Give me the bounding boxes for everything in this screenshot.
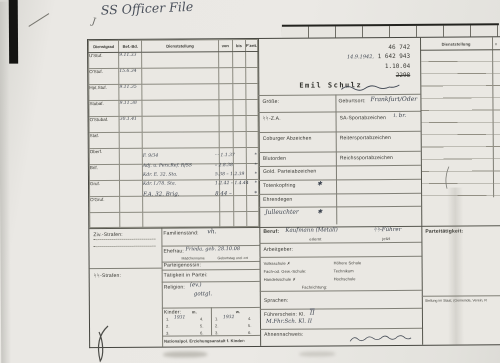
parteigenossin-label: Parteigenossin: bbox=[164, 262, 202, 268]
rule bbox=[259, 206, 421, 208]
pencil-corner-mark: J bbox=[91, 17, 96, 27]
kinder-slot: 1. bbox=[215, 316, 219, 321]
personnel-form: Dienstgrad Bef.-Bd. Dienststellung von b… bbox=[87, 36, 500, 348]
promotion-date: 30.1.41 bbox=[119, 116, 142, 132]
col-bef-bd: Bef.-Bd. bbox=[119, 40, 142, 52]
right-column-header: Dienststellung bbox=[420, 41, 492, 47]
scan-content: SS Officer File J Dienstgrad Bef.-Bd. Di… bbox=[0, 0, 500, 363]
ink-smudge bbox=[299, 351, 335, 356]
rule bbox=[259, 165, 421, 167]
rank-label: Hpt.Stuf. bbox=[89, 84, 119, 100]
rule bbox=[259, 193, 421, 195]
rule bbox=[259, 131, 421, 133]
sa-sport-value: i. br. bbox=[394, 113, 407, 119]
kinder-m-label: m. bbox=[192, 309, 197, 314]
erlernt-label: erlernt bbox=[309, 237, 321, 242]
scanned-document-page: SS Officer File J Dienstgrad Bef.-Bd. Di… bbox=[0, 0, 500, 363]
promotion-date: 9.11.33 bbox=[119, 52, 142, 68]
career-entry: F. 9/34··· 1.1.37* bbox=[143, 153, 257, 159]
career-entry: Kdr. I./78. Sta.1.2.42 – 1.4.44* bbox=[143, 181, 257, 187]
kinder-slot: 6. bbox=[200, 330, 204, 335]
arbeitgeber-label: Arbeitgeber: bbox=[263, 247, 293, 253]
familienstand-label: Familienstand: bbox=[163, 230, 198, 236]
rank-label: O'Stubaf. bbox=[89, 116, 119, 132]
geburtsort-value: Frankfurt/Oder bbox=[370, 96, 417, 103]
technikum-label: Technikum bbox=[334, 268, 354, 273]
rank-label: Staf. bbox=[89, 132, 119, 148]
badge-label-totenkopfring: Totenkopfring bbox=[263, 183, 296, 189]
hochschule-label: Hochschule bbox=[334, 276, 356, 281]
rule bbox=[259, 242, 421, 244]
sprachen-label: Sprachen: bbox=[264, 298, 289, 304]
badge-label-coburger: Coburger Abzeichen bbox=[263, 136, 312, 142]
jetzt-label: jetzt bbox=[382, 236, 390, 241]
rule bbox=[90, 268, 162, 270]
fuehrerschein-value: II bbox=[310, 310, 315, 317]
ss-strafen-label: ᛋᛋ-Strafen: bbox=[94, 273, 121, 279]
handelsschule-label: Handelsschule ✗ bbox=[264, 277, 296, 282]
col-dienstgrad: Dienstgrad bbox=[89, 40, 119, 52]
ahnennachweis-label: Ahnennachweis: bbox=[264, 332, 304, 338]
volksschule-label: Volksschule ✗ bbox=[264, 261, 291, 266]
promotion-date: 15.6.34 bbox=[119, 68, 142, 84]
rule bbox=[259, 179, 421, 181]
jetzt-value: ᛋᛋ-Führer bbox=[373, 227, 401, 233]
badge-label-gold-partei: Gold. Parteiabzeichen bbox=[263, 169, 316, 175]
kinder-slot: 4. bbox=[248, 316, 252, 321]
col-dienststellung: Dienststellung bbox=[142, 40, 219, 53]
rank-table: Dienstgrad Bef.-Bd. Dienststellung von b… bbox=[88, 39, 259, 228]
religion-value: (ev.) bbox=[190, 282, 202, 288]
kinder-w-value: 1932 bbox=[223, 315, 234, 320]
col-von: von bbox=[218, 40, 232, 52]
col-fzeit: F'zeit. bbox=[245, 39, 257, 51]
kinder-slot: 5. bbox=[248, 323, 252, 328]
pencil-slash-mark bbox=[28, 13, 49, 27]
promotion-date: 9.11.38 bbox=[119, 100, 142, 116]
kinder-m-value: 1931 bbox=[174, 315, 185, 320]
dotted-line bbox=[93, 239, 155, 240]
sa-sport-label: SA-Sportabzeichen bbox=[340, 115, 387, 121]
rank-label: U'Stuf. bbox=[89, 52, 119, 68]
ziv-strafen-label: Ziv.-Strafen: bbox=[93, 232, 123, 238]
beruf-label: Beruf: bbox=[263, 229, 279, 235]
fuehrerschein-note: M.Fhr.Sch. Kl. II bbox=[266, 319, 312, 325]
fachschule-label: Fach-od. Gew.-Schule: bbox=[264, 269, 307, 274]
rank-label: Oberf. bbox=[89, 148, 119, 164]
kinder-slot: 2. bbox=[166, 324, 170, 329]
kinder-w-label: w. bbox=[236, 309, 240, 314]
rank-label: Brif. bbox=[89, 164, 119, 180]
geburtstag-ort-label: Geburtstag und -ort bbox=[218, 256, 248, 260]
ehefrau-value: Frieda, geb. 28.10.08 bbox=[185, 246, 240, 252]
right-column-pencil-mark bbox=[441, 166, 453, 190]
career-entry: Kdr. E. 32. Sta.5.38 – 1.2.39* bbox=[143, 172, 257, 178]
right-column-header-cut: v bbox=[495, 41, 497, 46]
ss-number: 1 642 943 bbox=[378, 53, 411, 60]
reichssport-label: Reichssportabzeichen bbox=[340, 155, 393, 161]
religion-value-2: gottgl. bbox=[194, 291, 212, 297]
rule bbox=[259, 151, 421, 153]
religion-label: Religion: bbox=[164, 284, 185, 290]
divider bbox=[258, 39, 261, 346]
career-entry: F.A. 32. Brig.8.44 –* bbox=[143, 191, 257, 198]
totenkopfring-mark: ✱ bbox=[317, 180, 322, 187]
maedchenname-label: Mädchenname bbox=[182, 256, 205, 260]
fachrichtung-label: Fachrichtung: bbox=[302, 284, 328, 289]
kinder-slot: 4. bbox=[200, 316, 204, 321]
scan-edge-bar bbox=[9, 0, 18, 64]
julleuchter-mark: ✱ bbox=[317, 208, 322, 215]
rank-label: O'Gruf. bbox=[90, 196, 120, 212]
rule bbox=[162, 281, 260, 283]
rule bbox=[162, 269, 260, 271]
familienstand-value: vh. bbox=[207, 228, 216, 235]
pencil-loop-mark bbox=[93, 325, 115, 363]
handwritten-title: SS Officer File bbox=[101, 0, 194, 18]
taetigkeit-partei-label: Tätigkeit in Partei: bbox=[164, 272, 208, 278]
hoehere-schule-label: Höhere Schule bbox=[334, 260, 362, 265]
ehefrau-label: Ehefrau: bbox=[163, 248, 184, 254]
reitersport-label: Reitersportabzeichen bbox=[340, 135, 391, 141]
id-block: 46 742 14.9.1942, 1 642 943 1.10.04 2298 bbox=[288, 43, 410, 81]
kinder-slot: 3. bbox=[215, 330, 219, 335]
fold-shadow bbox=[447, 188, 464, 345]
beruf-value: Kaufmann (Metall) bbox=[285, 227, 338, 233]
rule bbox=[260, 290, 422, 292]
julleuchter-entry: Julleuchter bbox=[265, 209, 299, 216]
kinder-slot: 3. bbox=[166, 331, 170, 336]
promotion-date: 9.11.35 bbox=[119, 84, 142, 100]
career-entry: Adj. u. Pers.Ref. RfSS– 2.8.38* bbox=[143, 163, 257, 169]
handwritten-date: 14.9.1942, bbox=[347, 54, 374, 60]
divider bbox=[211, 307, 212, 335]
right-column-ruled-lines bbox=[421, 49, 500, 200]
kinder-slot: 5. bbox=[200, 323, 204, 328]
birth-date: 1.10.04 bbox=[288, 62, 410, 72]
handwritten-note-scribble bbox=[348, 334, 412, 344]
kinder-slot: 1. bbox=[166, 317, 170, 322]
ink-smudge bbox=[163, 351, 207, 357]
napola-label: Nationalpol. Erziehungsanstalt f. Kinder… bbox=[164, 338, 245, 344]
rule bbox=[260, 308, 422, 310]
dotted-line bbox=[93, 246, 155, 247]
rule bbox=[260, 328, 422, 330]
rank-label: Gruf. bbox=[89, 180, 119, 196]
badge-label-ehrendegen: Ehrendegen bbox=[263, 197, 292, 203]
badge-label-ss-za: ᛋᛋ-Z.A. bbox=[263, 116, 281, 122]
kinder-slot: 6. bbox=[248, 330, 252, 335]
fuehrerschein-label: Führerschein: Kl. bbox=[264, 312, 305, 318]
name-scribble bbox=[340, 83, 400, 93]
badge-label-blutorden: Blutorden bbox=[263, 156, 286, 162]
divider bbox=[335, 94, 337, 224]
kinder-slot: 2. bbox=[215, 323, 219, 328]
rule bbox=[260, 256, 422, 258]
groesse-label: Größe: bbox=[262, 99, 279, 105]
geburtsort-label: Geburtsort: bbox=[338, 98, 365, 104]
rank-label: Stubaf. bbox=[89, 100, 119, 116]
struck-number: 2298 bbox=[288, 71, 410, 81]
col-bis: bis bbox=[232, 40, 245, 52]
rank-label: O'Stuf. bbox=[89, 68, 119, 84]
